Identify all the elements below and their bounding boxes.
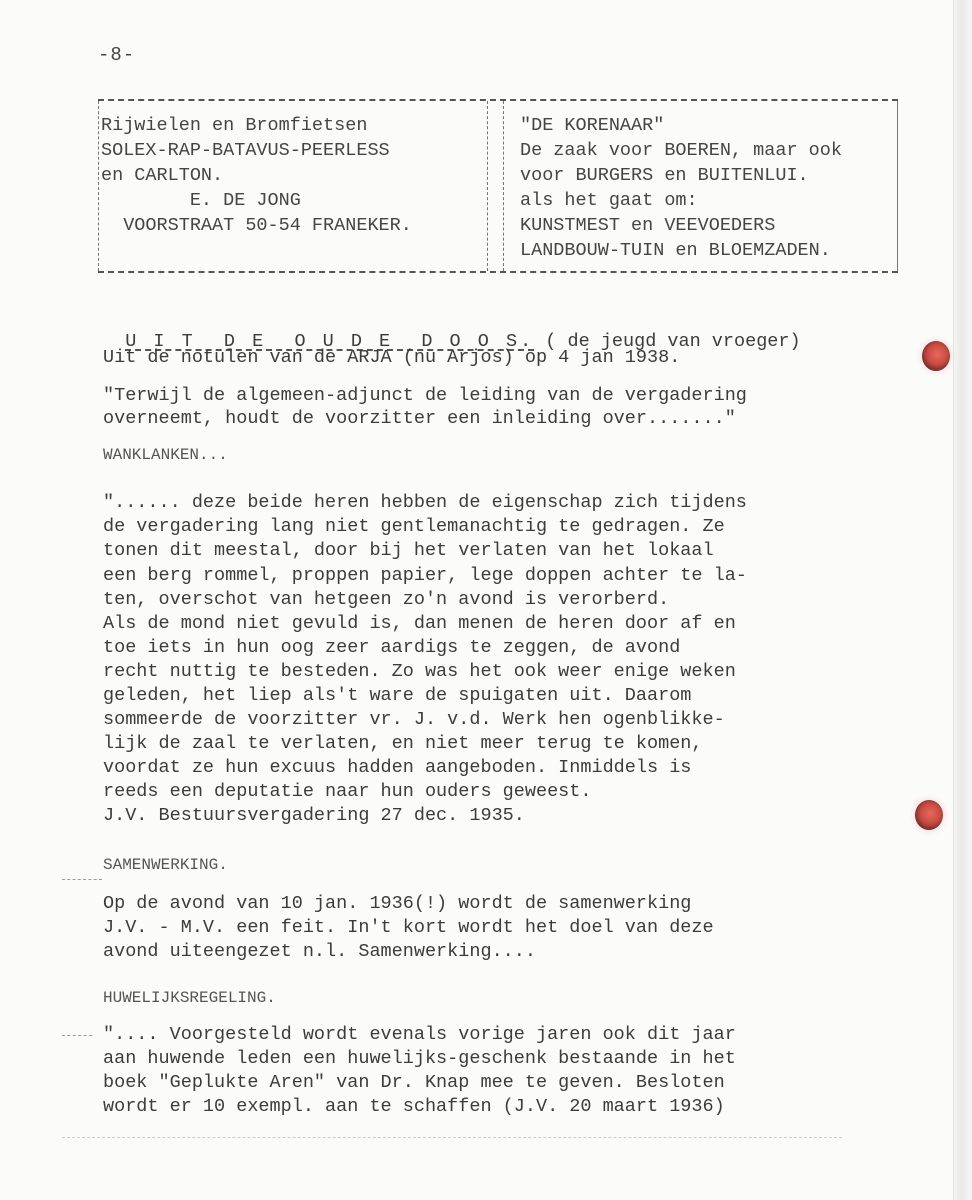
paragraph-line: boek "Geplukte Aren" van Dr. Knap mee te…: [103, 1072, 725, 1093]
ad-line: LANDBOUW-TUIN en BLOEMZADEN.: [520, 240, 831, 261]
paper-edge: [953, 0, 972, 1200]
section-heading-samenwerking: SAMENWERKING.: [103, 856, 228, 874]
advertisement-de-jong: Rijwielen en Bromfietsen SOLEX-RAP-BATAV…: [98, 101, 488, 271]
advertisement-de-korenaar: "DE KORENAAR" De zaak voor BOEREN, maar …: [503, 101, 898, 271]
punch-hole: [915, 800, 943, 830]
paragraph-line: avond uiteengezet n.l. Samenwerking....: [103, 941, 536, 962]
paragraph-line: J.V. - M.V. een feit. In't kort wordt he…: [103, 917, 714, 938]
article-intro: Uit de notulen van de ARJA (nu Arjos) op…: [103, 347, 680, 368]
paragraph-line: "...... deze beide heren hebben de eigen…: [103, 492, 747, 513]
paragraph-line: tonen dit meestal, door bij het verlaten…: [103, 540, 714, 561]
ad-line: en CARLTON.: [101, 165, 223, 186]
paragraph-line: toe iets in hun oog zeer aardigs te zegg…: [103, 637, 680, 658]
advertisement-box: Rijwielen en Bromfietsen SOLEX-RAP-BATAV…: [98, 99, 898, 273]
paragraph-line: wordt er 10 exempl. aan te schaffen (J.V…: [103, 1096, 725, 1117]
margin-dash: [62, 879, 102, 880]
paragraph-line: geleden, het liep als't ware de spuigate…: [103, 685, 691, 706]
paragraph-line: J.V. Bestuursvergadering 27 dec. 1935.: [103, 805, 525, 826]
bottom-dashed-rule: [62, 1137, 842, 1138]
paragraph-line: reeds een deputatie naar hun ouders gewe…: [103, 781, 591, 802]
ad-line: VOORSTRAAT 50-54 FRANEKER.: [101, 215, 412, 236]
paragraph-line: de vergadering lang niet gentlemanachtig…: [103, 516, 725, 537]
paragraph-line: recht nuttig te besteden. Zo was het ook…: [103, 661, 736, 682]
ad-line: SOLEX-RAP-BATAVUS-PEERLESS: [101, 140, 390, 161]
punch-hole: [922, 341, 950, 371]
ad-line: Rijwielen en Bromfietsen: [101, 115, 367, 136]
article-title-row: U I T D E O U D E D O O S. ( de jeugd va…: [103, 310, 801, 352]
quote-line: "Terwijl de algemeen-adjunct de leiding …: [103, 385, 747, 406]
ad-line: E. DE JONG: [101, 190, 301, 211]
page-number: -8-: [98, 44, 135, 66]
paragraph-line: sommeerde de voorzitter vr. J. v.d. Werk…: [103, 709, 725, 730]
paragraph-line: aan huwende leden een huwelijks-geschenk…: [103, 1048, 736, 1069]
ad-line: KUNSTMEST en VEEVOEDERS: [520, 215, 775, 236]
paragraph-line: een berg rommel, proppen papier, lege do…: [103, 565, 747, 586]
ad-line: De zaak voor BOEREN, maar ook: [520, 140, 842, 161]
paragraph-line: Als de mond niet gevuld is, dan menen de…: [103, 613, 736, 634]
ad-line: "DE KORENAAR": [520, 115, 664, 136]
section-heading-wanklanken: WANKLANKEN...: [103, 446, 228, 464]
quote-line: overneemt, houdt de voorzitter een inlei…: [103, 408, 736, 429]
paragraph-line: voordat ze hun excuus hadden aangeboden.…: [103, 757, 691, 778]
paragraph-line: ten, overschot van hetgeen zo'n avond is…: [103, 589, 669, 610]
ad-line: als het gaat om:: [520, 190, 698, 211]
section-heading-huwelijksregeling: HUWELIJKSREGELING.: [103, 989, 276, 1007]
ad-line: voor BURGERS en BUITENLUI.: [520, 165, 809, 186]
paragraph-line: ".... Voorgesteld wordt evenals vorige j…: [103, 1024, 736, 1045]
paragraph-line: lijk de zaal te verlaten, en niet meer t…: [103, 733, 703, 754]
paragraph-line: Op de avond van 10 jan. 1936(!) wordt de…: [103, 893, 691, 914]
margin-dash: [62, 1035, 92, 1036]
